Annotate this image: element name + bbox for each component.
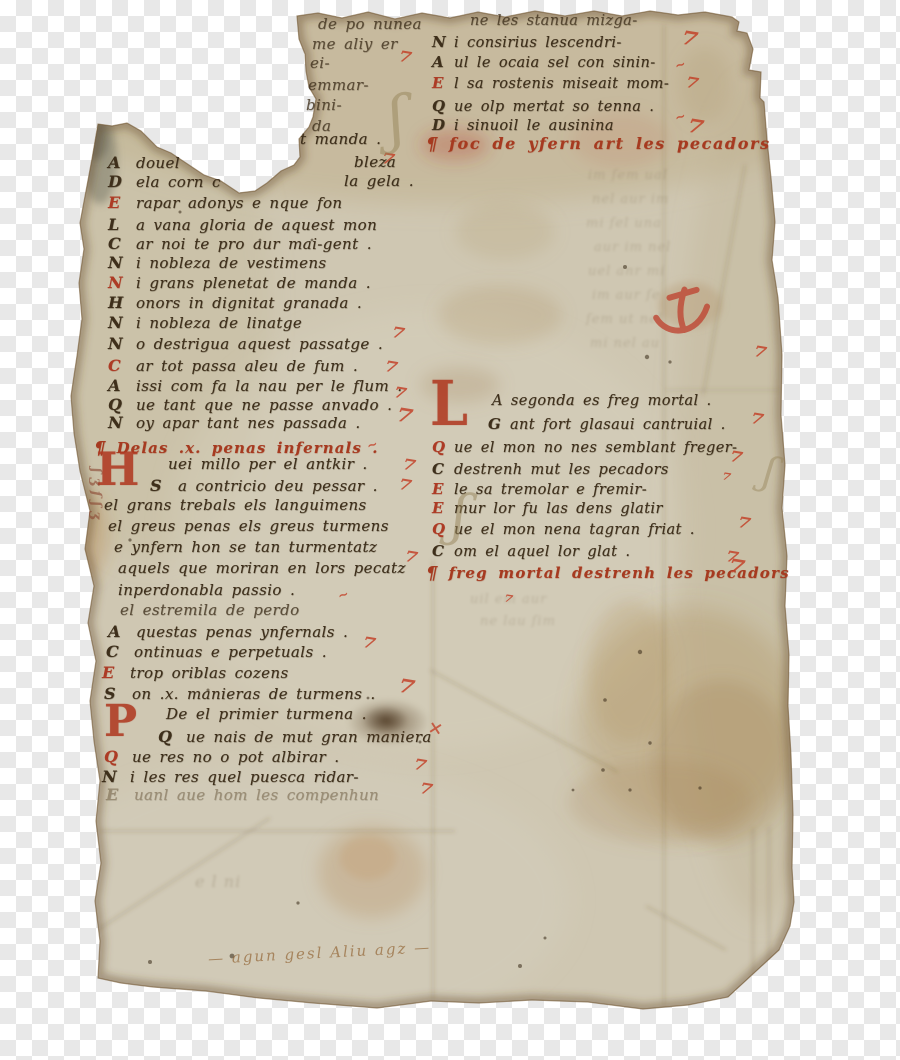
line-initial: A xyxy=(432,54,454,71)
line-filler-mark: 7 xyxy=(397,475,413,495)
manuscript-line: bini- xyxy=(306,97,342,114)
line-filler-mark: 7 xyxy=(752,342,768,362)
line-text: ar noi te pro aur mai-gent . xyxy=(136,235,372,253)
line-text: de po nunea xyxy=(318,15,422,33)
anchor-mark-icon xyxy=(652,286,714,344)
line-filler-mark: 7 xyxy=(383,357,399,377)
margin-scribble: ʃʒſʃʒ xyxy=(88,468,104,648)
big-initial-L: L xyxy=(430,372,468,434)
line-text: ue el mon nena tagran friat . xyxy=(454,522,695,538)
line-initial: N xyxy=(108,414,136,432)
line-initial: E xyxy=(432,481,454,498)
line-text: bini- xyxy=(306,96,342,114)
manuscript-line: Que nais de mut gran maniera xyxy=(158,728,432,746)
pilcrow-mark: ¶ xyxy=(426,134,439,155)
line-text: on .x. manieras de turmens . xyxy=(132,685,376,703)
big-initial-P: P xyxy=(104,700,137,744)
manuscript-line: emmar- xyxy=(308,77,369,94)
line-text: mur lor fu las dens glatir xyxy=(454,501,663,517)
manuscript-line: Dela corn cla gela . xyxy=(108,173,221,191)
pen-flourish: ʃ xyxy=(385,87,408,150)
manuscript-line: Son .x. manieras de turmens . xyxy=(104,685,376,703)
bottom-inscription: — agun gesl Aliu agz — xyxy=(208,938,432,968)
manuscript-line: aquels que moriran en lors pecatz xyxy=(118,560,406,577)
line-initial: D xyxy=(108,173,136,191)
line-filler-mark: 7 xyxy=(503,593,513,605)
line-filler-mark: 7 xyxy=(736,513,752,533)
line-text: ue nais de mut gran maniera xyxy=(186,728,432,746)
line-text: ar tot passa aleu de fum . xyxy=(136,357,358,375)
line-text: ue res no o pot albirar . xyxy=(132,748,339,766)
line-text: ei- xyxy=(310,54,330,72)
line-text: i grans plenetat de manda . xyxy=(136,274,371,292)
manuscript-line: de po nunea xyxy=(318,16,422,33)
line-initial: S xyxy=(150,477,178,495)
manuscript-line: Cdestrenh mut les pecadors xyxy=(432,461,669,479)
manuscript-line: inperdonabla passio . xyxy=(118,582,295,599)
line-initial: E xyxy=(102,664,130,682)
line-text: el estremila de perdo xyxy=(120,601,300,619)
line-initial: Q xyxy=(104,748,132,766)
line-text: o destrigua aquest passatge . xyxy=(136,335,383,353)
showthrough-text: ne lau ſim xyxy=(480,614,556,629)
manuscript-line: me aliy er xyxy=(312,36,398,53)
line-filler-mark: 7 xyxy=(721,471,731,483)
line-filler-mark: 7 xyxy=(390,323,406,343)
showthrough-text: im ſem ual xyxy=(588,168,668,183)
line-text: le sa tremolar e fremir- xyxy=(454,482,647,498)
manuscript-line: Adouelbleza xyxy=(108,154,180,172)
line-filler-mark: 7 xyxy=(397,675,417,699)
line-text: ne les stanua mizga- xyxy=(470,13,638,29)
line-filler-mark: × xyxy=(426,717,445,741)
line-initial: E xyxy=(106,786,134,804)
line-text: ue olp mertat so tenna . xyxy=(454,99,654,115)
line-initial: E xyxy=(432,75,454,92)
manuscript-line: Car tot passa aleu de fum . xyxy=(108,357,358,375)
line-initial: C xyxy=(432,461,454,478)
manuscript-line: Euanl aue hom les compenhun xyxy=(106,786,379,804)
line-text: onors in dignitat granada . xyxy=(136,294,362,312)
manuscript-line: Noy apar tant nes passada . xyxy=(108,414,361,432)
line-text: ontinuas e perpetuals . xyxy=(134,643,327,661)
manuscript-line: ei- xyxy=(310,55,330,72)
line-initial: N xyxy=(432,34,454,51)
line-filler-mark: 7 xyxy=(361,633,377,653)
line-initial: A xyxy=(108,154,136,172)
manuscript-line: Etrop oriblas cozens xyxy=(102,664,289,682)
manuscript-line: Aissi com fa la nau per le flum . xyxy=(108,377,402,395)
line-filler-mark: 7 xyxy=(418,779,434,799)
showthrough-text: mi nel au xyxy=(590,336,660,351)
line-text: uanl aue hom les compenhun xyxy=(134,786,379,804)
line-text: i nobleza de linatge xyxy=(136,314,302,332)
line-text: i sinuoil le ausinina xyxy=(454,118,614,134)
manuscript-line: el grans trebals els languimens xyxy=(104,497,367,514)
line-initial: A xyxy=(108,623,136,641)
manuscript-line: Ni nobleza de vestimens xyxy=(108,254,327,272)
manuscript-line: el greus penas els greus turmens xyxy=(108,518,389,535)
manuscript-line: Aquestas penas ynfernals . xyxy=(108,623,348,641)
manuscript-line: ne les stanua mizga- xyxy=(470,14,638,30)
line-filler-mark: ~ xyxy=(336,587,351,605)
line-filler-mark: 7 xyxy=(749,409,765,429)
line-initial: G xyxy=(488,416,510,433)
line-text: issi com fa la nau per le flum . xyxy=(136,377,402,395)
manuscript-line: el estremila de perdo xyxy=(120,602,300,619)
line-text: aquels que moriran en lors pecatz xyxy=(118,559,406,577)
line-filler-mark: 7 xyxy=(403,547,419,567)
line-filler-mark: 7 xyxy=(397,47,413,67)
line-filler-mark: 7 xyxy=(392,383,408,403)
line-filler-mark: 7 xyxy=(401,455,417,475)
line-initial: Q xyxy=(432,439,454,456)
pen-flourish: ʃ xyxy=(759,451,779,492)
manuscript-line: Que olp mertat so tenna . xyxy=(432,98,654,116)
manuscript-line: Que el mon nena tagran friat . xyxy=(432,521,695,539)
line-initial: N xyxy=(108,274,136,292)
line-initial: Q xyxy=(108,396,136,414)
line-text: i nobleza de vestimens xyxy=(136,254,327,272)
line-filler-mark: 7 xyxy=(684,73,700,93)
manuscript-line: El sa rostenis miseait mom- xyxy=(432,75,669,93)
line-text: i consirius lescendri- xyxy=(454,35,622,51)
line-text: oy apar tant nes passada . xyxy=(136,414,361,432)
pilcrow-mark: ¶ xyxy=(426,563,439,584)
line-text: l sa rostenis miseait mom- xyxy=(454,76,669,92)
line-text: ant fort glasaui cantruial . xyxy=(510,417,726,433)
line-initial: E xyxy=(432,500,454,517)
manuscript-line: De el primier turmena . xyxy=(166,706,367,723)
manuscript-line: A segonda es freg mortal . xyxy=(492,394,712,410)
manuscript-line: Sa contricio deu pessar . xyxy=(150,477,378,495)
line-initial: N xyxy=(108,335,136,353)
line-initial: H xyxy=(108,294,136,312)
manuscript-line: Erapar adonys e nque fon xyxy=(108,194,342,212)
manuscript-line: uei millo per el antkir . xyxy=(168,456,368,473)
manuscript-line: Car noi te pro aur mai-gent . xyxy=(108,235,372,253)
line-text: el grans trebals els languimens xyxy=(104,496,367,514)
line-text: me aliy er xyxy=(312,35,398,53)
line-initial: A xyxy=(108,377,136,395)
manuscript-line: Honors in dignitat granada . xyxy=(108,294,362,312)
line-filler-mark: ~ xyxy=(673,57,688,75)
line-initial: N xyxy=(102,768,130,786)
line-text: douel xyxy=(136,154,180,172)
showthrough-text: mi ſel una xyxy=(586,216,662,231)
manuscript-line: Ni consirius lescendri- xyxy=(432,34,622,52)
line-initial: N xyxy=(108,254,136,272)
manuscript-line: No destrigua aquest passatge . xyxy=(108,335,383,353)
manuscript-line: La vana gloria de aquest mon xyxy=(108,216,377,234)
showthrough-text: im aur ſe xyxy=(592,288,661,303)
line-text: uei millo per el antkir . xyxy=(168,455,368,473)
line-initial: C xyxy=(108,235,136,253)
faint-scribble: e l ni xyxy=(195,872,241,891)
line-filler-mark: 7 xyxy=(412,755,428,775)
manuscript-line: Que el mon no nes semblant freger- xyxy=(432,439,737,457)
manuscript-line: Aul le ocaia sel con sinin- xyxy=(432,54,656,72)
manuscript-text: de po nunea me aliy er ei- emmar- bini- … xyxy=(0,0,900,1060)
line-filler-mark: 7 xyxy=(680,27,700,51)
line-text: emmar- xyxy=(308,76,369,94)
line-text: om el aquel lor glat . xyxy=(454,544,630,560)
line-text: el greus penas els greus turmens xyxy=(108,517,389,535)
line-text: ue el mon no nes semblant freger- xyxy=(454,440,737,456)
manuscript-line: t manda . xyxy=(300,131,381,148)
line-initial: Q xyxy=(432,98,454,115)
rubric-line: ¶foc de yfern art les pecadors xyxy=(426,133,771,154)
line-text: inperdonabla passio . xyxy=(118,581,295,599)
line-filler-mark: 7 xyxy=(727,555,747,579)
line-text: ul le ocaia sel con sinin- xyxy=(454,55,656,71)
manuscript-line: Que tant que ne passe anvado . xyxy=(108,396,392,414)
manuscript-line: Ni les res quel puesca ridar- xyxy=(102,768,359,786)
line-text: t manda . xyxy=(300,130,381,148)
line-initial: E xyxy=(108,194,136,212)
line-text: la gela . xyxy=(344,173,414,190)
line-text: questas penas ynfernals . xyxy=(136,623,348,641)
line-filler-mark: 7 xyxy=(686,115,706,139)
line-text: De el primier turmena . xyxy=(166,705,367,723)
showthrough-text: aur im nel xyxy=(594,240,671,255)
line-text: destrenh mut les pecadors xyxy=(454,462,669,478)
manuscript-line: Continuas e perpetuals . xyxy=(106,643,327,661)
line-filler-mark: 7 xyxy=(728,447,744,467)
manuscript-line: Ni grans plenetat de manda . xyxy=(108,274,371,292)
line-text: ue tant que ne passe anvado . xyxy=(136,396,392,414)
line-text: trop oriblas cozens xyxy=(130,664,289,682)
manuscript-line: e ynfern hon se tan turmentatz xyxy=(114,539,377,556)
line-initial: D xyxy=(432,117,454,134)
line-initial: C xyxy=(106,643,134,661)
line-text: a contricio deu pessar . xyxy=(178,477,378,495)
transparency-checkerboard: de po nunea me aliy er ei- emmar- bini- … xyxy=(0,0,900,1060)
manuscript-line: Que res no o pot albirar . xyxy=(104,748,339,766)
manuscript-line: Ni nobleza de linatge xyxy=(108,314,302,332)
showthrough-text: nel aur im xyxy=(592,192,669,207)
line-text: A segonda es freg mortal . xyxy=(492,393,712,409)
line-text: rapar adonys e nque fon xyxy=(136,194,342,212)
line-filler-mark: ~ xyxy=(673,109,688,127)
rubric-text: foc de yfern art les pecadors xyxy=(449,134,771,153)
line-text: ela corn c xyxy=(136,173,221,191)
line-initial: Q xyxy=(158,728,186,746)
line-text: i les res quel puesca ridar- xyxy=(130,768,359,786)
showthrough-text: uel anr mi xyxy=(588,264,665,279)
manuscript-line: Gant fort glasaui cantruial . xyxy=(488,416,726,434)
line-text: a vana gloria de aquest mon xyxy=(136,216,377,234)
line-filler-mark: 7 xyxy=(395,404,415,428)
line-initial: C xyxy=(108,357,136,375)
line-text: e ynfern hon se tan turmentatz xyxy=(114,538,377,556)
line-initial: L xyxy=(108,216,136,234)
line-initial: N xyxy=(108,314,136,332)
